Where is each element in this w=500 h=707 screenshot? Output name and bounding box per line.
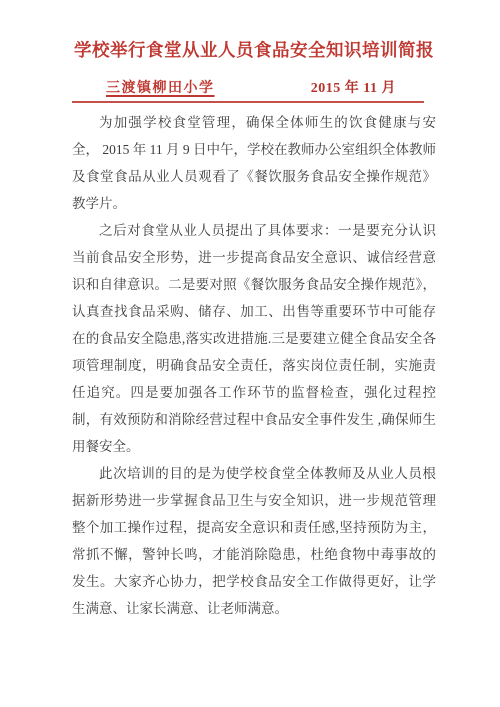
body-paragraph-2: 之后对食堂从业人员提出了具体要求：一是要充分认识当前食品安全形势，进一步提高食品… [72,217,436,460]
school-name: 三渡镇柳田小学 [106,77,215,97]
subtitle-row: 三渡镇柳田小学 2015 年 11 月 [72,77,424,103]
body-paragraph-1: 为加强学校食堂管理，确保全体师生的饮食健康与安全， 2015 年 11 月 9 … [72,109,436,217]
report-date: 2015 年 11 月 [311,77,396,97]
document-body: 为加强学校食堂管理，确保全体师生的饮食健康与安全， 2015 年 11 月 9 … [72,109,436,622]
body-paragraph-3: 此次培训的目的是为使学校食堂全体教师及从业人员根据新形势进一步掌握食品卫生与安全… [72,460,436,622]
document-page: 学校举行食堂从业人员食品安全知识培训简报 三渡镇柳田小学 2015 年 11 月… [0,0,500,707]
document-content: 学校举行食堂从业人员食品安全知识培训简报 三渡镇柳田小学 2015 年 11 月… [72,38,436,622]
document-title: 学校举行食堂从业人员食品安全知识培训简报 [72,38,436,62]
